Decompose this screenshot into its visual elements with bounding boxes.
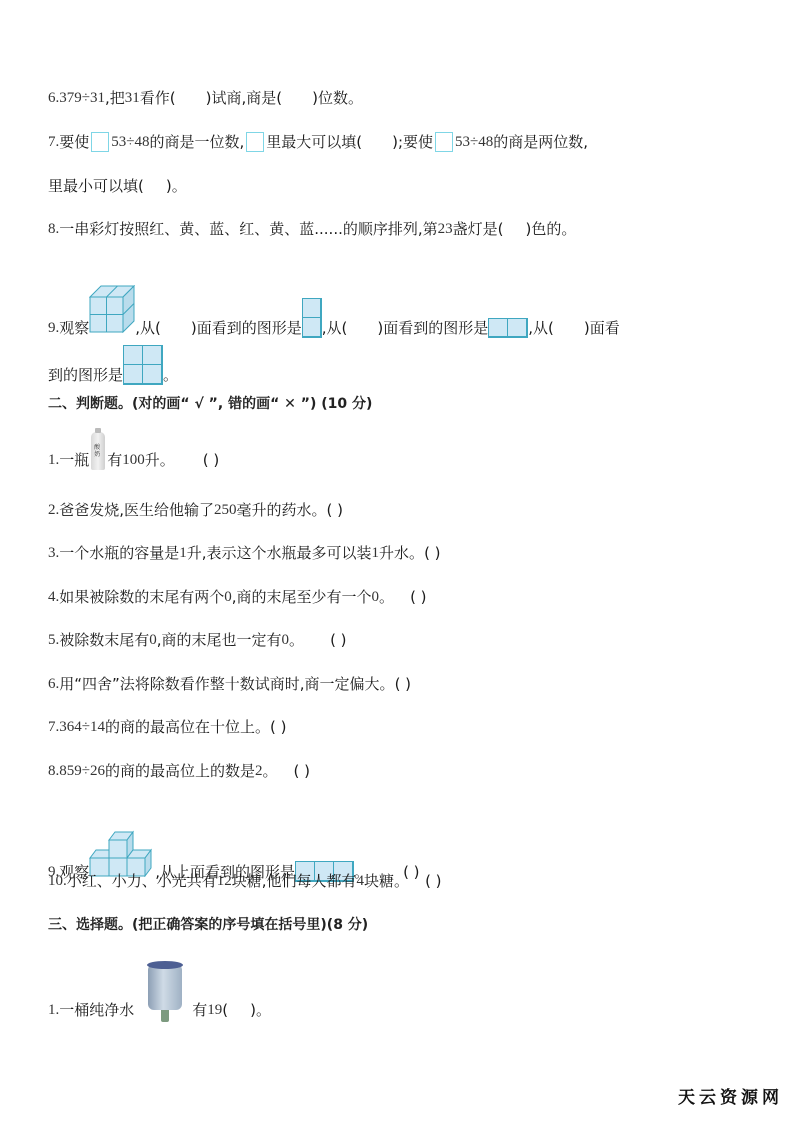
answer-paren[interactable]: ( ) [410, 587, 426, 607]
digit-box[interactable] [435, 132, 453, 152]
judge-2: 2. 爸爸发烧,医生给他输了 250 毫升的药水。 ( ) [48, 500, 343, 520]
question-9: 9. 观察 ,从( )面看到的图形是 ,从( )面看到的图形是 ,从( )面看 [48, 285, 620, 338]
question-7: 7. 要使 53÷48 的商是一位数, 里最大可以填( );要使 53÷48 的… [48, 132, 588, 152]
answer-paren[interactable]: ( ) [425, 871, 441, 891]
milk-bottle-icon: 酸奶 [89, 432, 107, 470]
view-2x2-icon [123, 345, 163, 385]
answer-paren[interactable]: ( ) [424, 543, 440, 563]
section-2-heading: 二、判断题。(对的画“ √ ”, 错的画“ ✕ ”) (10 分) [48, 393, 372, 413]
judge-4: 4. 如果被除数的末尾有两个 0 ,商的末尾至少有一个 0 。 ( ) [48, 587, 427, 607]
choice-1: 1. 一桶纯净水 有 19 ( )。 [48, 955, 271, 1020]
digit-box [246, 132, 264, 152]
judge-10: 10. 小红、小力、小光共有 12 块糖,他们每人都有 4 块糖。 ( ) [48, 871, 442, 891]
cube-2x2-icon [89, 285, 135, 338]
answer-paren[interactable]: ( ) [330, 630, 346, 650]
watermark: 天云资源网 [678, 1083, 783, 1108]
judge-6: 6. 用“四舍”法将除数看作整十数试商时,商一定偏大。 ( ) [48, 674, 411, 694]
answer-paren[interactable]: ( ) [203, 450, 219, 470]
water-jug-icon [134, 964, 192, 1010]
judge-7: 7. 364÷14 的商的最高位在十位上。 ( ) [48, 717, 286, 737]
digit-box[interactable] [91, 132, 109, 152]
judge-5: 5. 被除数末尾有 0 ,商的末尾也一定有 0 。 ( ) [48, 630, 347, 650]
section-3-heading: 三、选择题。(把正确答案的序号填在括号里)(8 分) [48, 914, 368, 934]
answer-paren[interactable]: ( ) [395, 674, 411, 694]
answer-paren[interactable]: ( ) [270, 717, 286, 737]
question-9-cont: 到的图形是 。 [48, 345, 178, 385]
question-7-cont: 里最小可以填( )。 [48, 176, 187, 196]
question-6: 6. 379÷31 ,把 31 看作( )试商,商是( )位数。 [48, 88, 363, 108]
view-1x2-vertical-icon [302, 298, 322, 338]
question-8: 8. 一串彩灯按照红、黄、蓝、红、黄、蓝......的顺序排列,第 23 盏灯是… [48, 219, 576, 239]
judge-1: 1. 一瓶 酸奶 有 100 升。 ( ) [48, 430, 219, 470]
view-2x1-horizontal-icon [488, 318, 528, 338]
judge-3: 3. 一个水瓶的容量是 1 升,表示这个水瓶最多可以装 1 升水。 ( ) [48, 543, 441, 563]
judge-8: 8. 859÷26 的商的最高位上的数是 2 。 ( ) [48, 761, 310, 781]
answer-paren[interactable]: ( ) [294, 761, 310, 781]
answer-paren[interactable]: ( ) [327, 500, 343, 520]
